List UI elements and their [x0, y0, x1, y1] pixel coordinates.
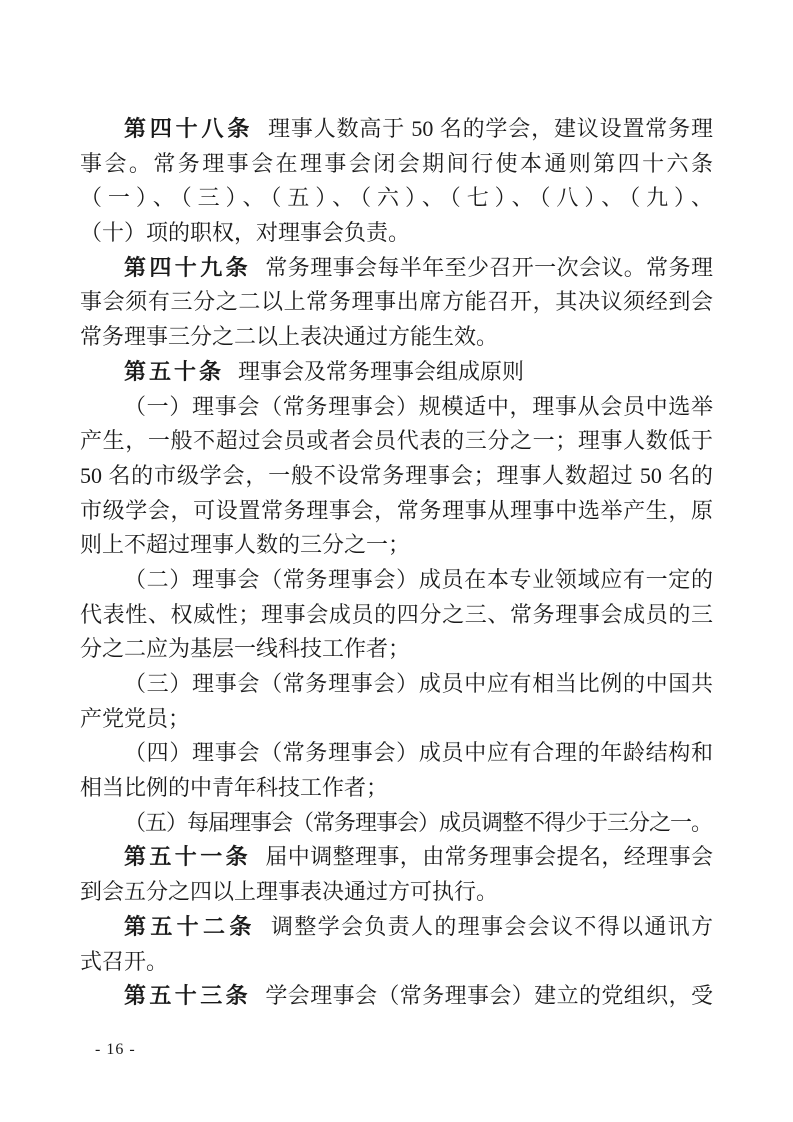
article-number: 第四十八条: [124, 116, 253, 141]
text-line-content: 理事会及常务理事会组成原则: [238, 359, 524, 384]
clause-3: （三）理事会（常务理事会）成员中应有相当比例的中国共 产党党员；: [80, 667, 713, 736]
clause-1: （一）理事会（常务理事会）规模适中，理事从会员中选举 产生，一般不超过会员或者会…: [80, 390, 713, 563]
text-line: 第四十八条理事人数高于 50 名的学会，建议设置常务理: [80, 112, 713, 147]
text-line: 第四十九条常务理事会每半年至少召开一次会议。常务理: [80, 251, 713, 286]
text-line: （一）理事会（常务理事会）规模适中，理事从会员中选举: [80, 390, 713, 425]
text-line: 到会五分之四以上理事表决通过方可执行。: [80, 875, 713, 910]
text-line: 代表性、权威性；理事会成员的四分之三、常务理事会成员的三: [80, 598, 713, 633]
text-line: （一）、（三）、（五）、（六）、（七）、（八）、（九）、: [80, 181, 713, 216]
article-48: 第四十八条理事人数高于 50 名的学会，建议设置常务理 事会。常务理事会在理事会…: [80, 112, 713, 251]
text-line: （四）理事会（常务理事会）成员中应有合理的年龄结构和: [80, 736, 713, 771]
article-49: 第四十九条常务理事会每半年至少召开一次会议。常务理 事会须有三分之二以上常务理事…: [80, 251, 713, 355]
text-line: （十）项的职权，对理事会负责。: [80, 216, 713, 251]
article-number: 第五十条: [124, 359, 224, 384]
text-line: 则上不超过理事人数的三分之一；: [80, 528, 713, 563]
clause-2: （二）理事会（常务理事会）成员在本专业领域应有一定的 代表性、权威性；理事会成员…: [80, 563, 713, 667]
text-line: 式召开。: [80, 945, 713, 980]
text-line: 第五十条理事会及常务理事会组成原则: [80, 355, 713, 390]
article-50: 第五十条理事会及常务理事会组成原则: [80, 355, 713, 390]
text-line: 相当比例的中青年科技工作者；: [80, 771, 713, 806]
text-line-content: 学会理事会（常务理事会）建立的党组织，受: [265, 983, 713, 1008]
text-line-content: 理事人数高于 50 名的学会，建议设置常务理: [267, 116, 713, 141]
text-line: 第五十二条调整学会负责人的理事会会议不得以通讯方: [80, 910, 713, 945]
text-line-content: 常务理事会每半年至少召开一次会议。常务理: [265, 255, 713, 280]
text-line: 事会须有三分之二以上常务理事出席方能召开，其决议须经到会: [80, 285, 713, 320]
text-line: （五）每届理事会（常务理事会）成员调整不得少于三分之一。: [80, 806, 713, 841]
text-line: 第五十三条学会理事会（常务理事会）建立的党组织，受: [80, 979, 713, 1014]
text-line: 第五十一条届中调整理事，由常务理事会提名，经理事会: [80, 840, 713, 875]
text-line: 产生，一般不超过会员或者会员代表的三分之一；理事人数低于: [80, 424, 713, 459]
page-number: - 16 -: [95, 1042, 136, 1058]
text-line: 产党党员；: [80, 702, 713, 737]
article-53: 第五十三条学会理事会（常务理事会）建立的党组织，受: [80, 979, 713, 1014]
document-body: 第四十八条理事人数高于 50 名的学会，建议设置常务理 事会。常务理事会在理事会…: [80, 112, 713, 1014]
clause-5: （五）每届理事会（常务理事会）成员调整不得少于三分之一。: [80, 806, 713, 841]
text-line-content: 调整学会负责人的理事会会议不得以通讯方: [270, 914, 713, 939]
text-line-content: 届中调整理事，由常务理事会提名，经理事会: [265, 844, 713, 869]
article-number: 第五十二条: [124, 914, 256, 939]
text-line: （三）理事会（常务理事会）成员中应有相当比例的中国共: [80, 667, 713, 702]
article-52: 第五十二条调整学会负责人的理事会会议不得以通讯方 式召开。: [80, 910, 713, 979]
text-line: 分之二应为基层一线科技工作者；: [80, 632, 713, 667]
article-number: 第四十九条: [124, 255, 251, 280]
text-line: 市级学会，可设置常务理事会，常务理事从理事中选举产生，原: [80, 494, 713, 529]
article-number: 第五十一条: [124, 844, 251, 869]
text-line: 事会。常务理事会在理事会闭会期间行使本通则第四十六条: [80, 147, 713, 182]
text-line: 50 名的市级学会，一般不设常务理事会；理事人数超过 50 名的: [80, 459, 713, 494]
clause-4: （四）理事会（常务理事会）成员中应有合理的年龄结构和 相当比例的中青年科技工作者…: [80, 736, 713, 805]
article-51: 第五十一条届中调整理事，由常务理事会提名，经理事会 到会五分之四以上理事表决通过…: [80, 840, 713, 909]
text-line: 常务理事三分之二以上表决通过方能生效。: [80, 320, 713, 355]
article-number: 第五十三条: [124, 983, 251, 1008]
text-line: （二）理事会（常务理事会）成员在本专业领域应有一定的: [80, 563, 713, 598]
